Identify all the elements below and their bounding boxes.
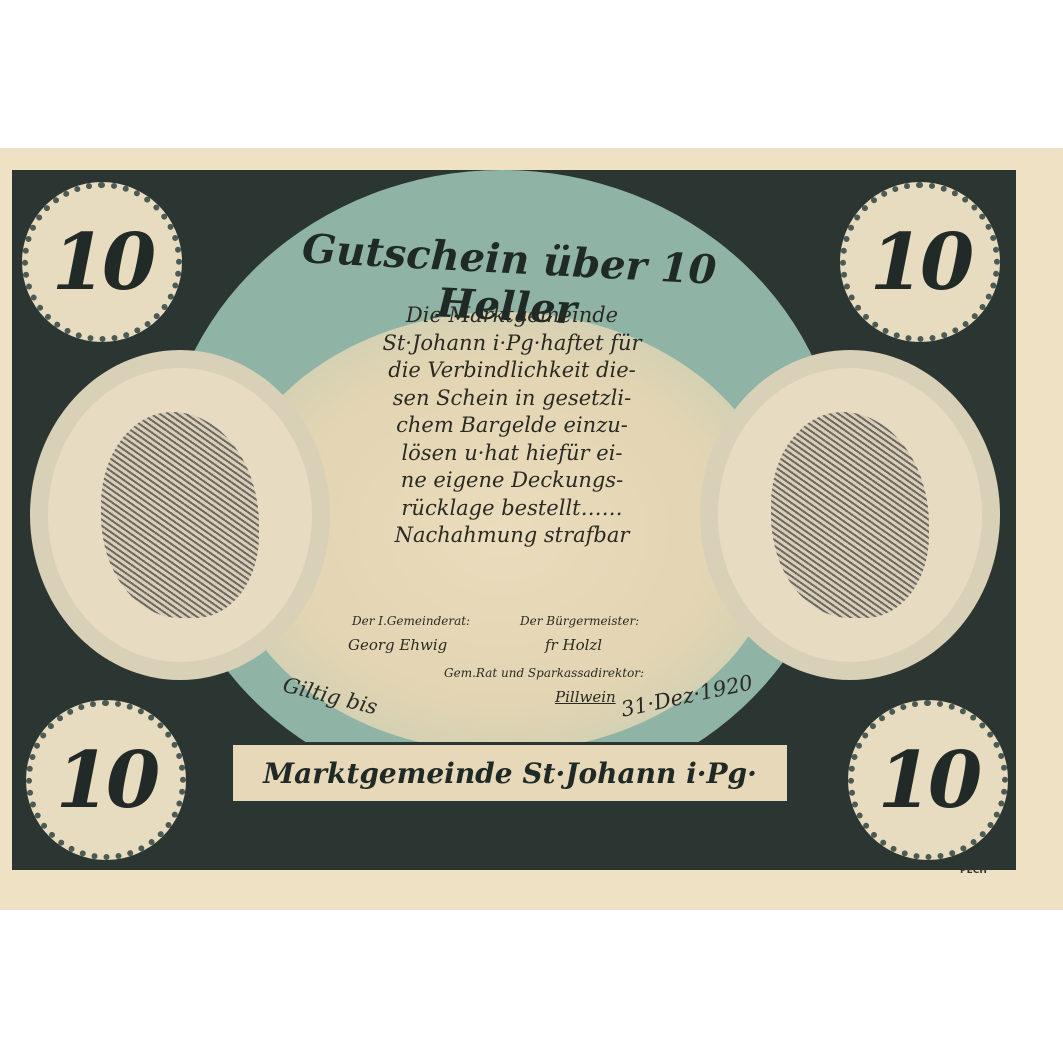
left-signatory-title: Der I.Gemeinderat:: [352, 614, 470, 628]
bottom-signature: Pillwein: [555, 688, 616, 706]
printer-mark: PECH: [960, 866, 987, 876]
right-signatory-title: Der Bürgermeister:: [520, 614, 639, 628]
denomination-bottom-right: 10: [848, 700, 1008, 860]
right-signature: fr Holzl: [545, 636, 602, 654]
body-text: Die Marktgemeinde St·Johann i·Pg·haftet …: [332, 302, 692, 550]
denomination-top-right: 10: [840, 182, 1000, 342]
left-signature: Georg Ehwig: [348, 636, 447, 654]
denomination-bottom-left: 10: [26, 700, 186, 860]
cow-head-medallion: [30, 350, 330, 680]
horse-head-icon: [771, 412, 929, 618]
denomination-top-left: 10: [22, 182, 182, 342]
cow-head-icon: [101, 412, 259, 618]
banknote: 10 10 10 10 Gutschein über 10 Heller Die…: [0, 148, 1063, 910]
horse-head-medallion: [700, 350, 1000, 680]
issuer-banner: Marktgemeinde St·Johann i·Pg·: [230, 742, 790, 804]
bottom-signatory-title: Gem.Rat und Sparkassadirektor:: [444, 666, 644, 680]
